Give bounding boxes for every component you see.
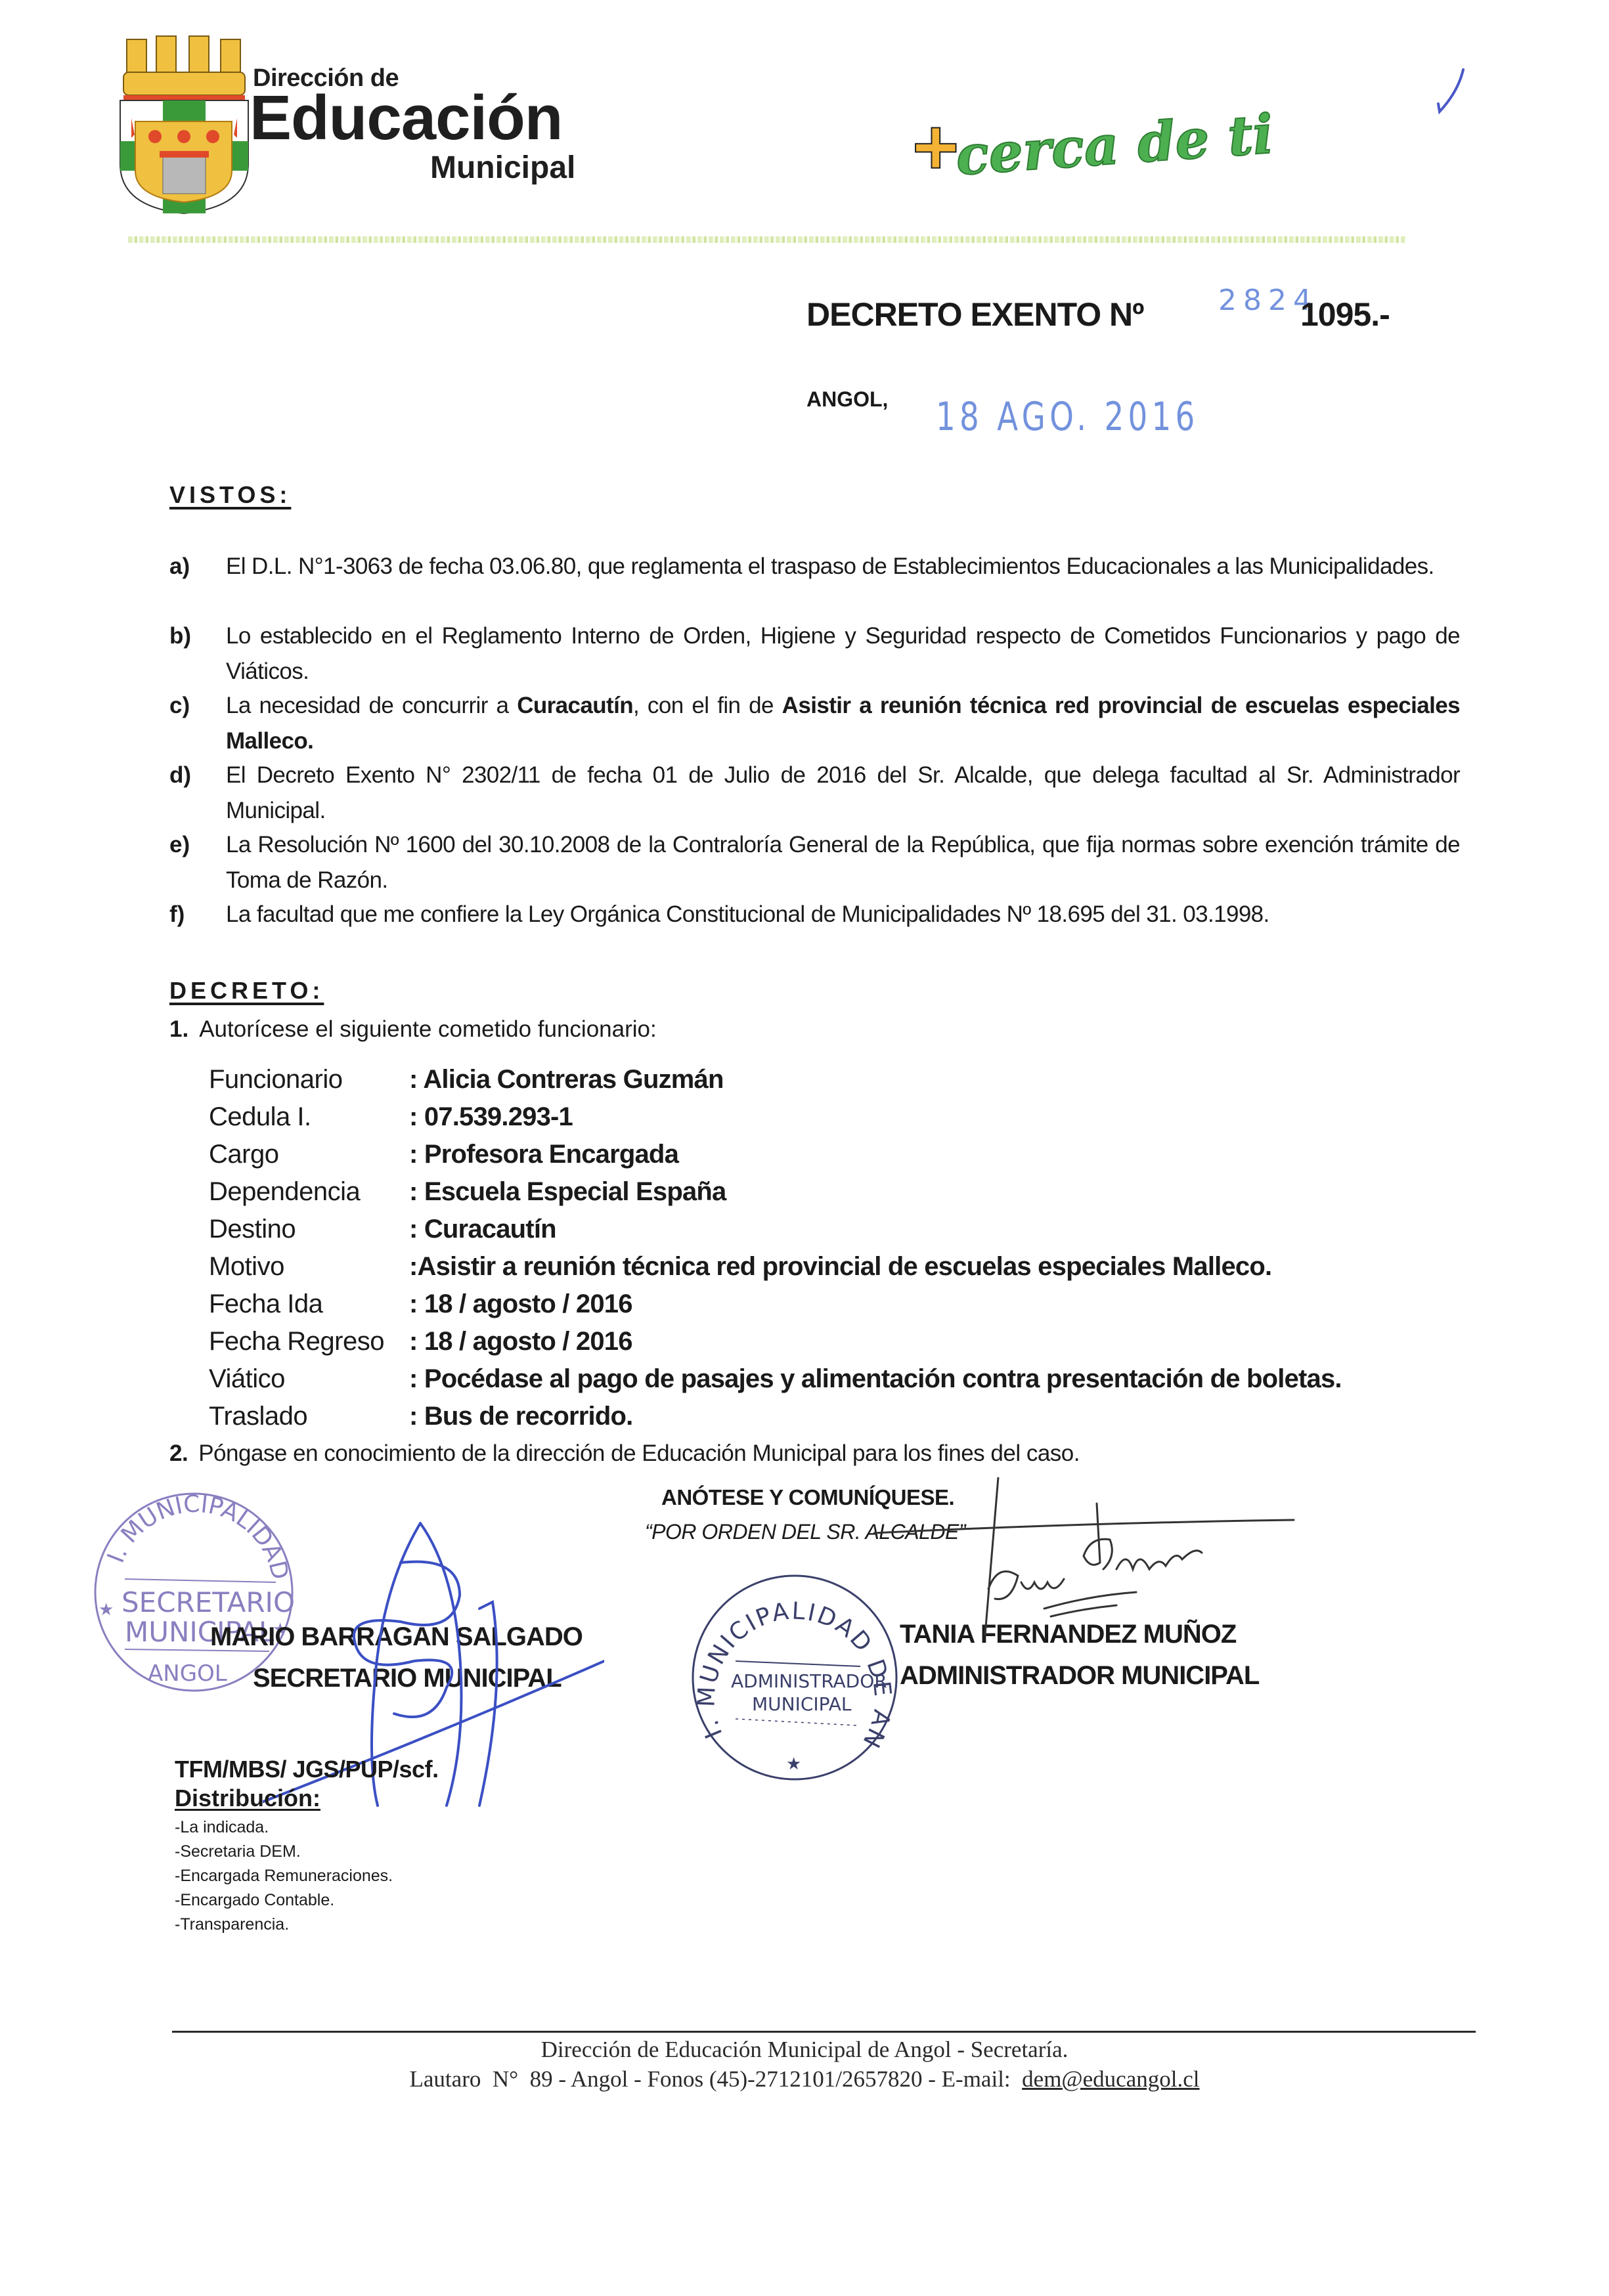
field-row-fecha-regreso: Fecha Regreso: 18 / agosto / 2016 — [209, 1323, 1342, 1360]
footer-address: Lautaro N° 89 - Angol - Fonos (45)-27121… — [410, 2066, 1023, 2092]
visto-key: d) — [169, 758, 226, 829]
footer-organization: Dirección de Educación Municipal de Ango… — [0, 2037, 1609, 2063]
decreto-item-2: 2.Póngase en conocimiento de la direcció… — [169, 1440, 1080, 1467]
slogan-logo: + cerca de ti — [910, 105, 1317, 184]
distribution-item: -La indicada. — [175, 1815, 393, 1840]
distribution-heading: Distribución: — [175, 1785, 320, 1812]
handwritten-check-mark-icon — [1432, 66, 1471, 118]
field-row-dependencia: Dependencia: Escuela Especial España — [209, 1173, 1342, 1211]
field-row-fecha-ida: Fecha Ida: 18 / agosto / 2016 — [209, 1286, 1342, 1323]
destination-highlight: Curacautín — [517, 693, 633, 718]
visto-key: c) — [169, 688, 226, 759]
date-stamp: 18 AGO. 2016 — [936, 394, 1199, 440]
decree-title: DECRETO EXENTO Nº — [806, 295, 1143, 334]
vistos-heading: VISTOS: — [169, 481, 291, 509]
distribution-item: -Encargada Remuneraciones. — [175, 1864, 393, 1888]
commission-details: Funcionario: Alicia Contreras Guzmán Ced… — [209, 1061, 1342, 1435]
visto-item: c) La necesidad de concurrir a Curacautí… — [169, 688, 1460, 759]
visto-text: Lo establecido en el Reglamento Interno … — [226, 618, 1460, 689]
visto-item: b) Lo establecido en el Reglamento Inter… — [169, 618, 1460, 689]
svg-text:cerca de ti: cerca de ti — [954, 105, 1275, 184]
footer-contact: Lautaro N° 89 - Angol - Fonos (45)-27121… — [0, 2066, 1609, 2092]
field-row-cargo: Cargo: Profesora Encargada — [209, 1136, 1342, 1173]
decreto-item-1: 1.Autorícese el siguiente cometido funci… — [169, 1016, 657, 1043]
decree-place: ANGOL, — [806, 387, 888, 412]
visto-key: b) — [169, 618, 226, 689]
visto-key: a) — [169, 549, 226, 584]
visto-item: d) El Decreto Exento N° 2302/11 de fecha… — [169, 758, 1460, 829]
field-row-traslado: Traslado: Bus de recorrido. — [209, 1398, 1342, 1435]
field-row-cedula: Cedula I.: 07.539.293-1 — [209, 1098, 1342, 1136]
visto-item: a) El D.L. N°1-3063 de fecha 03.06.80, q… — [169, 549, 1460, 584]
visto-key: e) — [169, 827, 226, 898]
handwritten-signature-right — [873, 1477, 1300, 1641]
footer-email-link[interactable]: dem@educangol.cl — [1022, 2066, 1199, 2092]
visto-text: El D.L. N°1-3063 de fecha 03.06.80, que … — [226, 549, 1460, 584]
svg-text:ADMINISTRADOR: ADMINISTRADOR — [731, 1670, 887, 1692]
visto-text: El Decreto Exento N° 2302/11 de fecha 01… — [226, 758, 1460, 829]
visto-text: La Resolución Nº 1600 del 30.10.2008 de … — [226, 827, 1460, 898]
visto-text: La necesidad de concurrir a Curacautín, … — [226, 688, 1460, 759]
distribution-item: -Secretaria DEM. — [175, 1840, 393, 1864]
visto-key: f) — [169, 897, 226, 932]
municipal-crest-logo — [117, 33, 252, 217]
item-number: 1. — [169, 1016, 188, 1042]
field-row-funcionario: Funcionario: Alicia Contreras Guzmán — [209, 1061, 1342, 1098]
document-initials: TFM/MBS/ JGS/PUP/scf. — [175, 1756, 439, 1783]
distribution-item: -Encargado Contable. — [175, 1888, 393, 1913]
logo-text-municipal: Municipal — [430, 150, 575, 186]
administrador-municipal-stamp: I. MUNICIPALIDAD DE ANGOL ADMINISTRADOR … — [686, 1569, 903, 1786]
item-number: 2. — [169, 1440, 188, 1466]
field-row-destino: Destino: Curacautín — [209, 1211, 1342, 1248]
item-text: Póngase en conocimiento de la dirección … — [198, 1440, 1080, 1466]
visto-text: La facultad que me confiere la Ley Orgán… — [226, 897, 1460, 932]
signatory-right-title: ADMINISTRADOR MUNICIPAL — [900, 1655, 1259, 1697]
header-decorative-divider — [128, 236, 1405, 243]
decree-number: 1095.- — [1300, 295, 1390, 334]
field-row-motivo: Motivo:Asistir a reunión técnica red pro… — [209, 1248, 1342, 1286]
footer-divider — [172, 2031, 1476, 2033]
svg-text:★: ★ — [99, 1599, 114, 1619]
field-row-viatico: Viático: Pocédase al pago de pasajes y a… — [209, 1360, 1342, 1398]
distribution-list: -La indicada. -Secretaria DEM. -Encargad… — [175, 1815, 393, 1937]
svg-text:★: ★ — [786, 1754, 801, 1773]
svg-text:I. MUNICIPALIDAD DE ANGOL: I. MUNICIPALIDAD DE ANGOL — [686, 1569, 896, 1754]
visto-item: f) La facultad que me confiere la Ley Or… — [169, 897, 1460, 932]
logo-text-educacion: Educación — [250, 87, 562, 150]
visto-item: e) La Resolución Nº 1600 del 30.10.2008 … — [169, 827, 1460, 898]
svg-text:MUNICIPAL: MUNICIPAL — [752, 1693, 852, 1715]
svg-text:+: + — [910, 110, 962, 183]
distribution-item: -Transparencia. — [175, 1913, 393, 1937]
item-text: Autorícese el siguiente cometido funcion… — [199, 1016, 657, 1042]
decreto-heading: DECRETO: — [169, 977, 324, 1005]
